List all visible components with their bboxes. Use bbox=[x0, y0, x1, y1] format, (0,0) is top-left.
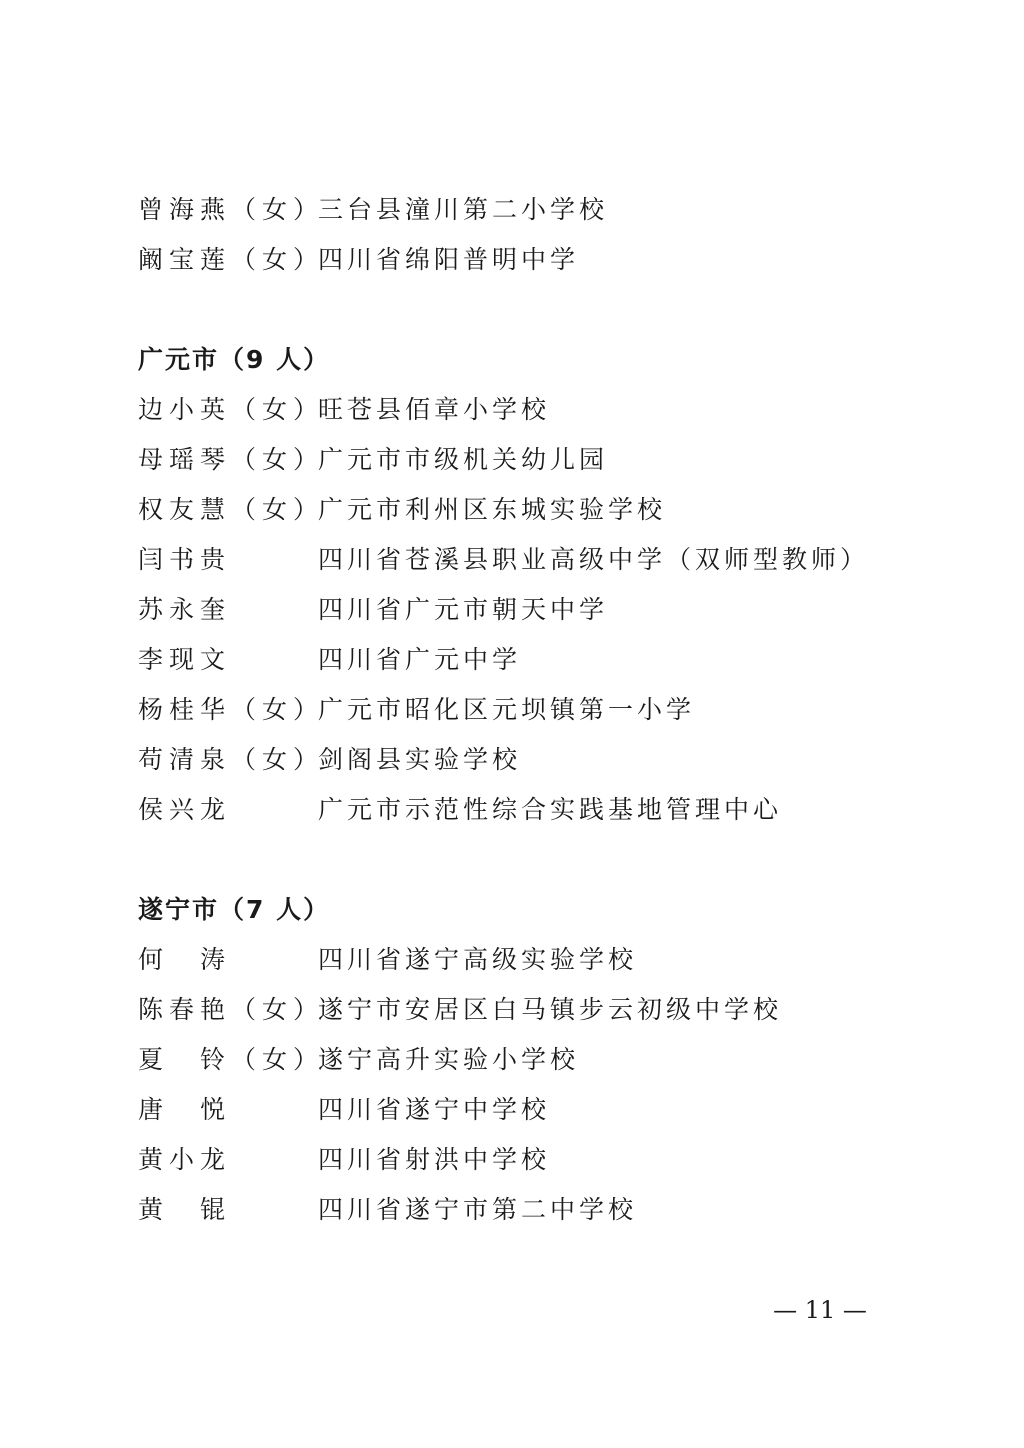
school-name: 四川省遂宁市第二中学校 bbox=[318, 1192, 637, 1228]
person-name: 李现文 bbox=[138, 642, 231, 678]
school-name: 剑阁县实验学校 bbox=[318, 742, 521, 778]
school-name: 四川省广元中学 bbox=[318, 642, 521, 678]
school-name: 广元市市级机关幼儿园 bbox=[318, 442, 608, 478]
school-name: 旺苍县佰章小学校 bbox=[318, 392, 550, 428]
person-name: 黄 锟 bbox=[138, 1192, 231, 1228]
person-name: 陈春艳（女） bbox=[138, 992, 324, 1028]
school-name: 四川省苍溪县职业高级中学（双师型教师） bbox=[318, 542, 869, 578]
person-name: 黄小龙 bbox=[138, 1142, 231, 1178]
person-name: 唐 悦 bbox=[138, 1092, 231, 1128]
section-heading-guangyuan: 广元市（9 人） bbox=[138, 342, 330, 378]
person-name: 闫书贵 bbox=[138, 542, 231, 578]
person-name: 苟清泉（女） bbox=[138, 742, 324, 778]
page-number: — 11 — bbox=[760, 1294, 880, 1326]
person-name: 曾海燕（女） bbox=[138, 192, 324, 228]
school-name: 四川省绵阳普明中学 bbox=[318, 242, 579, 278]
person-name: 何 涛 bbox=[138, 942, 231, 978]
person-name: 母瑶琴（女） bbox=[138, 442, 324, 478]
school-name: 四川省遂宁高级实验学校 bbox=[318, 942, 637, 978]
school-name: 广元市利州区东城实验学校 bbox=[318, 492, 666, 528]
person-name: 夏 铃（女） bbox=[138, 1042, 324, 1078]
school-name: 四川省广元市朝天中学 bbox=[318, 592, 608, 628]
school-name: 三台县潼川第二小学校 bbox=[318, 192, 608, 228]
school-name: 广元市示范性综合实践基地管理中心 bbox=[318, 792, 782, 828]
person-name: 杨桂华（女） bbox=[138, 692, 324, 728]
section-heading-suining: 遂宁市（7 人） bbox=[138, 892, 330, 928]
school-name: 四川省射洪中学校 bbox=[318, 1142, 550, 1178]
school-name: 遂宁市安居区白马镇步云初级中学校 bbox=[318, 992, 782, 1028]
person-name: 边小英（女） bbox=[138, 392, 324, 428]
school-name: 遂宁高升实验小学校 bbox=[318, 1042, 579, 1078]
school-name: 广元市昭化区元坝镇第一小学 bbox=[318, 692, 695, 728]
person-name: 侯兴龙 bbox=[138, 792, 231, 828]
person-name: 苏永奎 bbox=[138, 592, 231, 628]
document-page: 曾海燕（女） 三台县潼川第二小学校 阚宝莲（女） 四川省绵阳普明中学 广元市（9… bbox=[0, 0, 1024, 1448]
person-name: 阚宝莲（女） bbox=[138, 242, 324, 278]
person-name: 权友慧（女） bbox=[138, 492, 324, 528]
school-name: 四川省遂宁中学校 bbox=[318, 1092, 550, 1128]
